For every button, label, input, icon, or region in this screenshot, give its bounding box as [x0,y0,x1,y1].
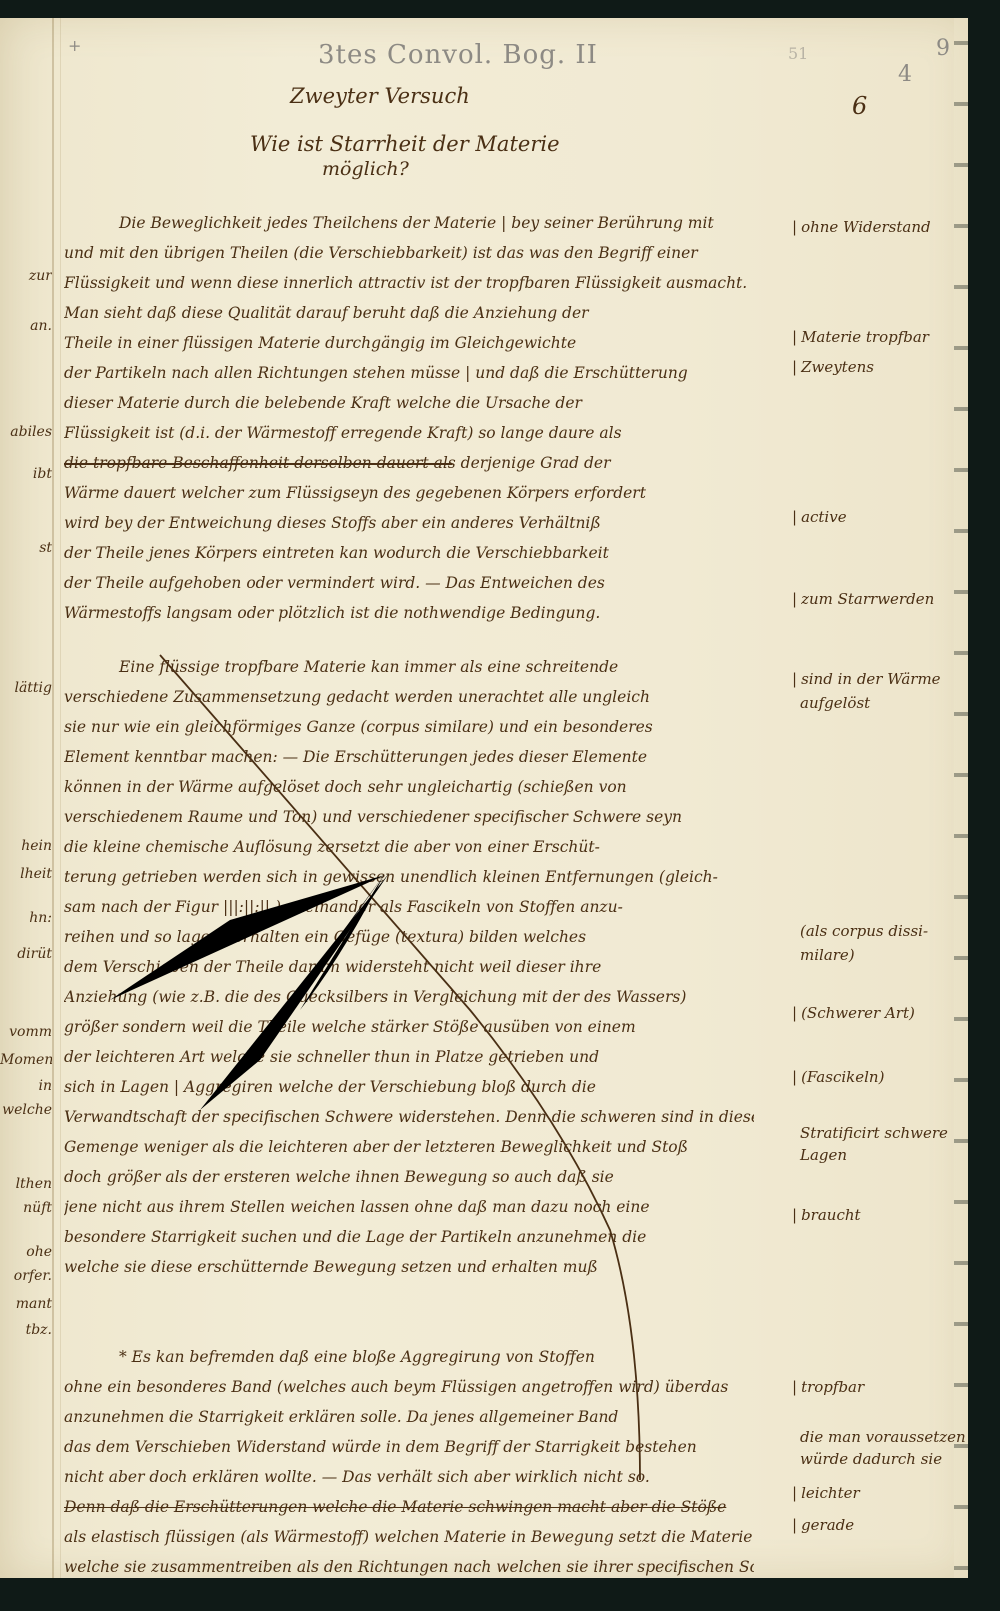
cancellation-x-strokes [0,0,1000,1611]
